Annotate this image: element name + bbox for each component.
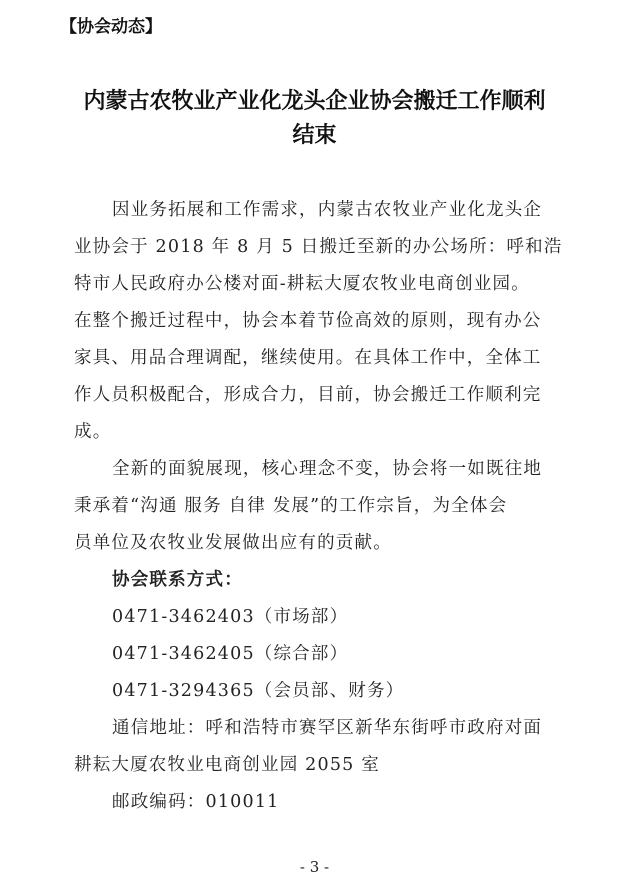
paragraph1-line: 家具、用品合理调配，继续使用。在具体工作中，全体工: [74, 344, 542, 369]
paragraph1-line: 成。: [74, 418, 111, 443]
paragraph1-line: 作人员积极配合，形成合力，目前，协会搬迁工作顺利完: [74, 381, 542, 406]
article-title-line1: 内蒙古农牧业产业化龙头企业协会搬迁工作顺利: [0, 84, 629, 115]
contact-phone: 0471-3462405（综合部）: [112, 640, 348, 665]
paragraph2-line: 员单位及农牧业发展做出应有的贡献。: [74, 529, 392, 554]
contact-heading: 协会联系方式：: [112, 566, 243, 591]
paragraph1-line: 在整个搬迁过程中，协会本着节俭高效的原则，现有办公: [74, 307, 542, 332]
contact-phone: 0471-3294365（会员部、财务）: [112, 677, 404, 702]
contact-phone: 0471-3462403（市场部）: [112, 603, 348, 628]
article-title-line2: 结束: [0, 118, 629, 149]
paragraph2-line: 全新的面貌展现，核心理念不变，协会将一如既往地: [112, 455, 542, 480]
document-page: 【协会动态】 内蒙古农牧业产业化龙头企业协会搬迁工作顺利 结束 因业务拓展和工作…: [0, 0, 629, 884]
paragraph1-line: 因业务拓展和工作需求，内蒙古农牧业产业化龙头企: [112, 196, 542, 221]
contact-address-line2: 耕耘大厦农牧业电商创业园 2055 室: [74, 751, 380, 776]
contact-address-line1: 通信地址：呼和浩特市赛罕区新华东街呼市政府对面: [112, 714, 542, 739]
paragraph1-line: 特市人民政府办公楼对面-耕耘大厦农牧业电商创业园。: [74, 270, 530, 295]
contact-postcode: 邮政编码：010011: [112, 788, 280, 813]
section-tag: 【协会动态】: [60, 12, 162, 37]
page-number: - 3 -: [0, 858, 629, 876]
paragraph2-line: 秉承着“沟通 服务 自律 发展”的工作宗旨，为全体会: [74, 492, 507, 517]
paragraph1-line: 业协会于 2018 年 8 月 5 日搬迁至新的办公场所：呼和浩: [74, 233, 563, 258]
